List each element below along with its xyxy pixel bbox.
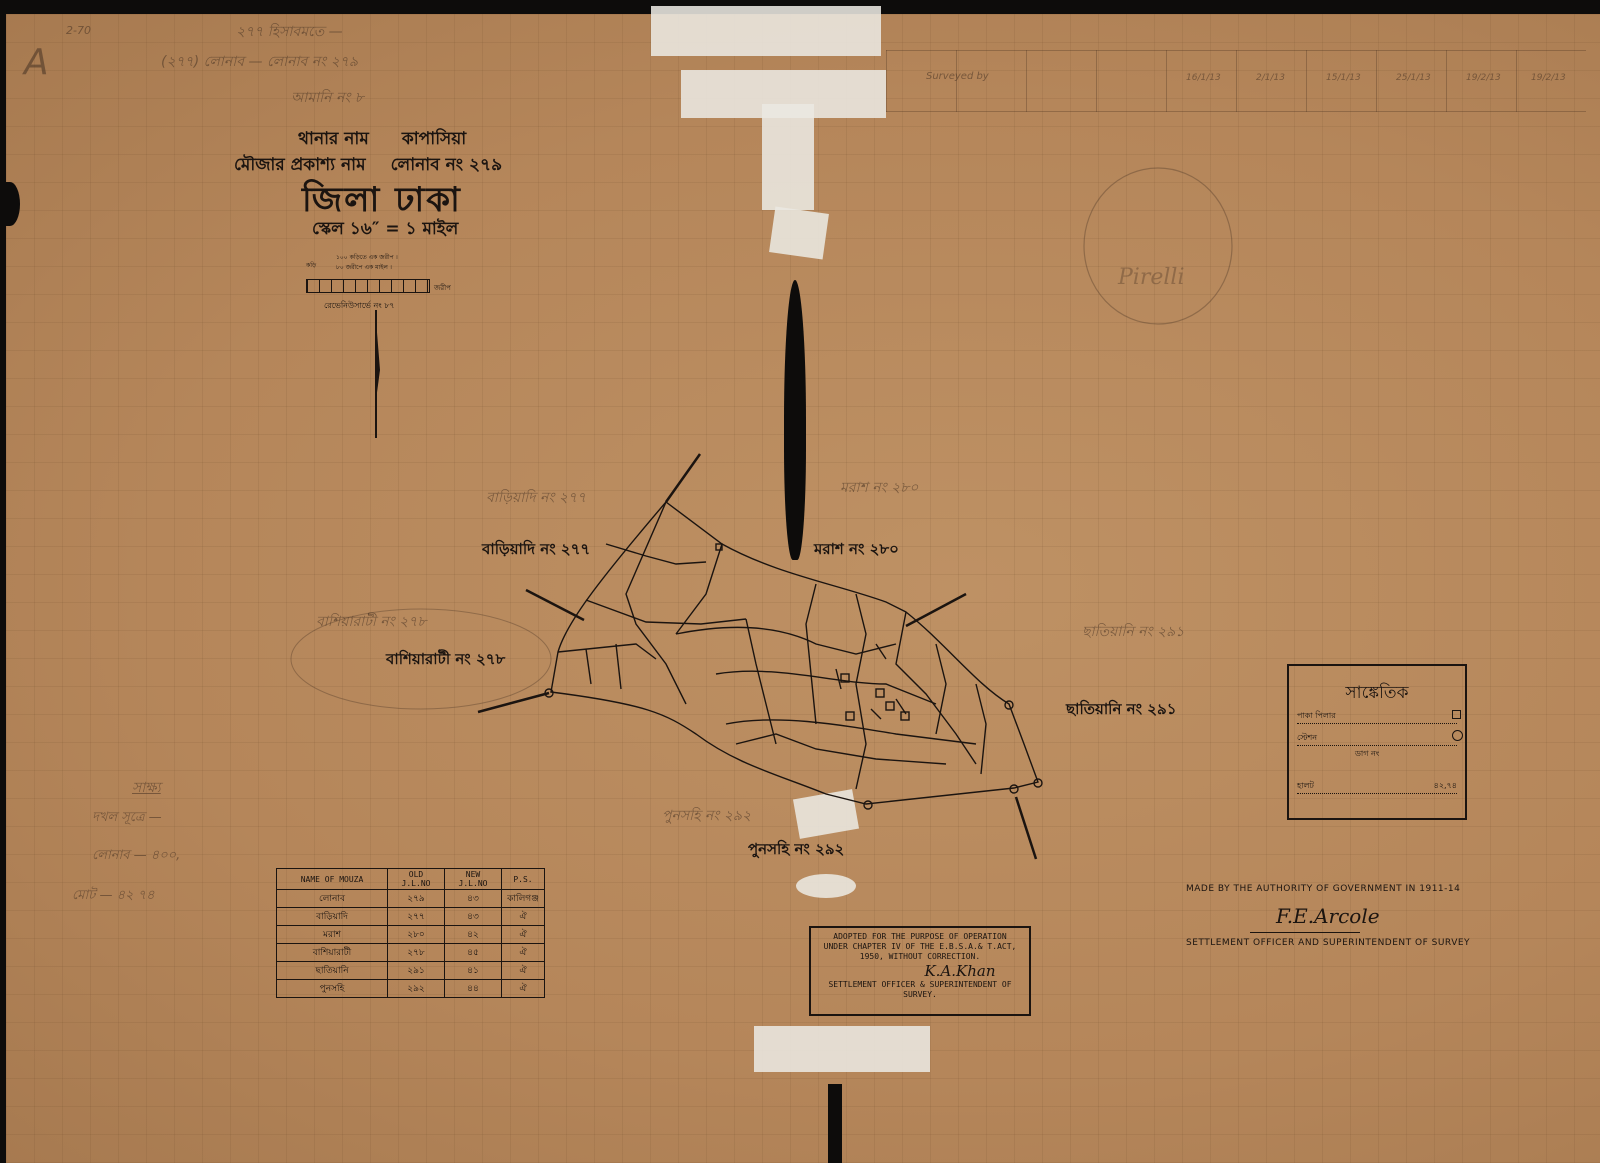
stamp-line: ADOPTED FOR THE PURPOSE OF OPERATION <box>811 932 1029 942</box>
cell-old: ২৭৭ <box>388 908 445 926</box>
legend-title: সাঙ্কেতিক <box>1289 680 1465 708</box>
stamp-line: SURVEY. <box>811 990 1029 1000</box>
pencil-note-2: (২৭৭) লোনাব — লোনাব নং ২৭৯ <box>161 50 358 74</box>
cell-ps: ঐ <box>502 962 545 980</box>
thana-row: থানার নাম কাপাসিয়া <box>298 126 466 154</box>
legend-box: সাঙ্কেতিক পাকা পিলার স্টেশন ডাগ নং হালট … <box>1287 664 1467 820</box>
col-new-jl: NEW J.L.NO <box>445 869 502 890</box>
col-ps: P.S. <box>502 869 545 890</box>
torn-edge-left <box>0 182 20 226</box>
north-arrow-icon <box>366 310 386 440</box>
corner-mark: A <box>24 42 49 83</box>
ledger-date: 25/1/13 <box>1396 73 1431 83</box>
tape-top-1 <box>651 6 881 56</box>
legend-label: হালট <box>1297 781 1314 790</box>
scale-title: স্কেল ১৬″ = ১ মাইল <box>312 216 458 244</box>
tape-top-3 <box>762 104 814 210</box>
cell-old: ২৯১ <box>388 962 445 980</box>
pencil-note-3: আমানি নং ৮ <box>291 86 364 110</box>
ledger-date: 15/1/13 <box>1326 73 1361 83</box>
neighbor-label-292: পুনসহি নং ২৯২ <box>748 838 844 863</box>
survey-ledger: Surveyed by 16/1/13 2/1/13 15/1/13 25/1/… <box>886 50 1586 112</box>
cell-old: ২৭৮ <box>388 944 445 962</box>
legend-value: ৪২,৭৪ <box>1434 780 1457 793</box>
pencil-neighbor-277: বাড়িয়াদি নং ২৭৭ <box>486 486 586 510</box>
stamp-line: UNDER CHAPTER IV OF THE E.B.S.A.& T.ACT, <box>811 942 1029 952</box>
signature-underline <box>1250 932 1360 933</box>
mouza-label: মৌজার প্রকাশ্য নাম <box>234 155 366 175</box>
cell-old: ২৭৯ <box>388 890 445 908</box>
table-row: ছাতিয়ানি ২৯১ ৪১ ঐ <box>277 962 545 980</box>
scale-note-2: ৮০ জরীপে এক মাইল । <box>336 262 392 273</box>
left-note-2: দখল সূত্রে — <box>92 808 162 829</box>
cell-old: ২৮০ <box>388 926 445 944</box>
legend-sub: ডাগ নং <box>1355 748 1379 761</box>
ledger-date: 19/2/13 <box>1531 73 1566 83</box>
table-row: লোনাব ২৭৯ ৪৩ কালিগঞ্জ <box>277 890 545 908</box>
cell-name: ছাতিয়ানি <box>277 962 388 980</box>
torn-bottom <box>828 1084 842 1163</box>
pencil-circle-stamp: Pirelli <box>1078 164 1238 334</box>
cell-new: ৪২ <box>445 926 502 944</box>
table-row: বাড়িয়াদি ২৭৭ ৪৩ ঐ <box>277 908 545 926</box>
col-old-jl: OLD J.L.NO <box>388 869 445 890</box>
ledger-note-surveyed: Surveyed by <box>926 71 989 82</box>
ledger-date: 2/1/13 <box>1256 73 1285 83</box>
stamp-signature: K.A.Khan <box>891 962 1029 980</box>
scale-unit: জরীপ <box>434 282 451 294</box>
cell-name: মরাশ <box>277 926 388 944</box>
adoption-stamp: ADOPTED FOR THE PURPOSE OF OPERATION UND… <box>809 926 1031 1016</box>
legend-item-station: স্টেশন <box>1297 732 1457 746</box>
station-circle-icon <box>1452 730 1463 741</box>
svg-text:Pirelli: Pirelli <box>1117 265 1184 290</box>
cell-ps: ঐ <box>502 908 545 926</box>
authority-made-by: MADE BY THE AUTHORITY OF GOVERNMENT IN 1… <box>1186 884 1460 894</box>
cell-ps: ঐ <box>502 926 545 944</box>
left-note-1: সাক্ষ্য <box>132 776 161 800</box>
cell-name: বাশিয়ারাটী <box>277 944 388 962</box>
legend-label: পাকা পিলার <box>1297 711 1336 720</box>
cell-ps: ঐ <box>502 944 545 962</box>
cell-new: ৪৫ <box>445 944 502 962</box>
neighbor-label-291: ছাতিয়ানি নং ২৯১ <box>1066 698 1177 723</box>
authority-signature: F.E.Arcole <box>1276 904 1380 928</box>
thana-label: থানার নাম <box>298 129 369 149</box>
ledger-date: 19/2/13 <box>1466 73 1501 83</box>
cell-new: ৪৩ <box>445 890 502 908</box>
cell-name: পুনসহি <box>277 980 388 998</box>
table-row: মরাশ ২৮০ ৪২ ঐ <box>277 926 545 944</box>
cell-old: ২৯২ <box>388 980 445 998</box>
ledger-date: 16/1/13 <box>1186 73 1221 83</box>
cell-ps: ঐ <box>502 980 545 998</box>
legend-label: স্টেশন <box>1297 733 1317 742</box>
pencil-neighbor-280: মরাশ নং ২৮০ <box>840 476 918 500</box>
cell-name: লোনাব <box>277 890 388 908</box>
mouza-table: NAME OF MOUZA OLD J.L.NO NEW J.L.NO P.S.… <box>276 868 545 998</box>
pencil-ellipse <box>286 604 556 714</box>
table-row: বাশিয়ারাটী ২৭৮ ৪৫ ঐ <box>277 944 545 962</box>
table-row: পুনসহি ২৯২ ৪৪ ঐ <box>277 980 545 998</box>
cell-new: ৪৪ <box>445 980 502 998</box>
table-header-row: NAME OF MOUZA OLD J.L.NO NEW J.L.NO P.S. <box>277 869 545 890</box>
scale-left-label: কড়ি <box>306 260 316 271</box>
authority-title: SETTLEMENT OFFICER AND SUPERINTENDENT OF… <box>1186 938 1470 948</box>
corner-number: 2-70 <box>66 24 91 37</box>
square-pillar-icon <box>1452 710 1461 719</box>
pencil-neighbor-292: পুনসহি নং ২৯২ <box>662 804 751 828</box>
neighbor-label-280: মরাশ নং ২৮০ <box>814 538 899 563</box>
tape-mid <box>769 206 829 259</box>
stamp-line: SETTLEMENT OFFICER & SUPERINTENDENT OF <box>811 980 1029 990</box>
cell-new: ৪৩ <box>445 908 502 926</box>
cell-new: ৪১ <box>445 962 502 980</box>
stamp-line: 1950, WITHOUT CORRECTION. <box>811 952 1029 962</box>
legend-item-pillar: পাকা পিলার <box>1297 710 1457 724</box>
cell-ps: কালিগঞ্জ <box>502 890 545 908</box>
mouza-value: লোনাব নং ২৭৯ <box>391 155 502 175</box>
neighbor-label-277: বাড়িয়াদি নং ২৭৭ <box>482 538 590 563</box>
legend-item-halot: হালট ৪২,৭৪ <box>1297 780 1457 794</box>
col-name: NAME OF MOUZA <box>277 869 388 890</box>
map-sheet: Surveyed by 16/1/13 2/1/13 15/1/13 25/1/… <box>6 14 1600 1163</box>
pencil-neighbor-291: ছাতিয়ানি নং ২৯১ <box>1082 620 1184 644</box>
left-note-3: লোনাব — ৪০০, <box>92 846 180 867</box>
pencil-note-1: ২৭৭ হিসাবমতে — <box>236 20 343 44</box>
tape-lower-2 <box>796 874 856 898</box>
tape-bottom <box>754 1026 930 1072</box>
scale-bar <box>306 279 430 293</box>
cell-name: বাড়িয়াদি <box>277 908 388 926</box>
left-note-4: মোট — ৪২ ৭৪ <box>72 886 155 907</box>
thana-value: কাপাসিয়া <box>402 129 466 149</box>
